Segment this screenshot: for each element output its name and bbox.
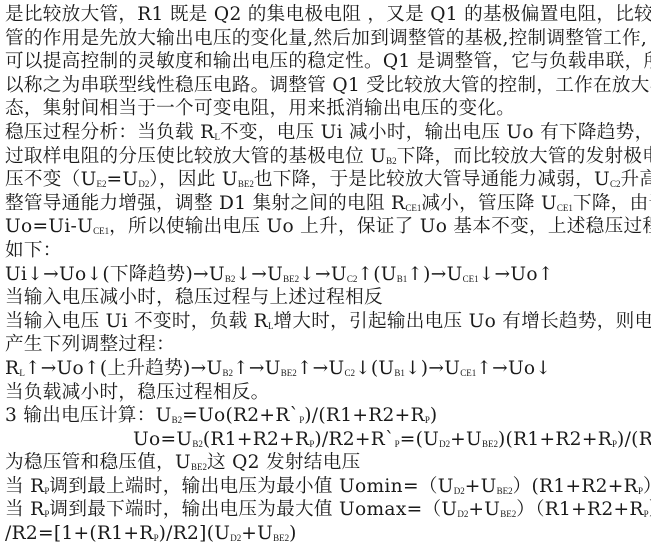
subscript: BE2 [191, 462, 207, 472]
text: ↓→U [299, 264, 347, 285]
text: ) [289, 523, 297, 544]
text: ↓→U [235, 264, 283, 285]
load-change-line-2: 产生下列调整过程： [5, 333, 647, 357]
subscript: C2 [347, 274, 358, 284]
subscript: BE2 [482, 439, 498, 449]
text: 升高，调 [620, 169, 651, 190]
regulation-chain-1: Ui↓→Uo↓(下降趋势)→UB2↓→UBE2↓→UC2↑(UB1↑)→UCE1… [5, 263, 647, 287]
text: ↑→Uo↑(上升趋势)→U [25, 358, 223, 379]
formula-note: 为稳压管和稳压值，UBE2这 Q2 发射结电压 [5, 451, 647, 475]
subscript: E2 [97, 179, 107, 189]
subscript: BE2 [281, 368, 297, 378]
text: ↑(U [357, 264, 396, 285]
text: ↑→U [233, 358, 281, 379]
text: U [156, 405, 172, 426]
text: 当输入电压 Ui 不变时，负载 R [5, 311, 268, 332]
text: ，所以使输出电压 Uo 上升，保证了 Uo 基本不变，上述稳压过程表示 [109, 216, 651, 237]
text: ↓→Uo↑ [479, 264, 554, 285]
formula-uo: Uo=UB2(R1+R2+RP)/R2+R`P=(UD2+UBE2)(R1+R2… [5, 428, 647, 452]
text: ），因此 U [149, 169, 237, 190]
text: 压不变（U [5, 169, 97, 190]
subscript: D2 [138, 179, 149, 189]
subscript: C2 [610, 179, 621, 189]
text: ）（R1+R2+R [516, 499, 643, 520]
text: 这 Q2 发射结电压 [207, 452, 360, 473]
text: ) [430, 405, 438, 426]
subscript: B1 [394, 368, 405, 378]
subscript: B2 [222, 368, 233, 378]
text: R [5, 358, 19, 379]
text: Uo=U [133, 429, 192, 450]
subscript: BE2 [283, 274, 299, 284]
subscript: B2 [172, 415, 183, 425]
text: 当 R [5, 499, 44, 520]
text: +U [468, 499, 500, 520]
text: (R1+R2+R [203, 429, 309, 450]
text: 调到最下端时，输出电压为最大值 Uomax=（U [49, 499, 457, 520]
formula-uomin: 当 RP调到最上端时，输出电压为最小值 Uomin=（UD2+UBE2）(R1+… [5, 475, 647, 499]
subscript: CE1 [463, 274, 479, 284]
text: =Uo(R2+R` [182, 405, 299, 426]
text: ↓(U [355, 358, 394, 379]
text: )/R2](U [159, 523, 231, 544]
intro-line-2: 管的作用是先放大输出电压的变化量,然后加到调整管的基极,控制调整管工作, [5, 27, 647, 51]
subscript: D2 [457, 509, 468, 519]
text: )/R2+R` [314, 429, 394, 450]
document-body: 是比较放大管，R1 既是 Q2 的集电极电阻 ，又是 Q1 的基极偏置电阻，比较… [0, 0, 651, 546]
text: ↑→Uo↓ [476, 358, 551, 379]
regulation-chain-2: RL↑→Uo↑(上升趋势)→UB2↑→UBE2↑→UC2↓(UB1↓)→UCE1… [5, 357, 647, 381]
note-input-decrease: 当输入电压减小时，稳压过程与上述过程相反 [5, 286, 647, 310]
subscript: BE2 [497, 486, 513, 496]
analysis-line-6: 如下： [5, 239, 647, 263]
text: )/(R2+R` [617, 429, 651, 450]
note-load-decrease: 当负载减小时，稳压过程相反。 [5, 381, 647, 405]
text: ）(R1+R2+R [513, 476, 638, 497]
subscript: CE1 [93, 226, 109, 236]
text: Ui↓→Uo↓(下降趋势)→U [5, 264, 225, 285]
text: =(U [400, 429, 439, 450]
text: 稳压过程分析：当负载 R [5, 122, 214, 143]
text: 减小，管压降 U [421, 193, 557, 214]
subscript: CE1 [460, 368, 476, 378]
text: 整管导通能力增强，调整 D1 集射之间的电阻 R [5, 193, 405, 214]
section-label: 3 输出电压计算： [5, 405, 156, 426]
formula-uomax-cont: /R2=[1+(R1+RP)/R2](UD2+UBE2) [5, 522, 647, 546]
text: 不变，电压 Ui 减小时，输出电压 Uo 有下降趋势，通 [220, 122, 651, 143]
text: +U [241, 523, 273, 544]
text: ）/（R2+R [643, 476, 651, 497]
formula-uomax: 当 RP调到最下端时，输出电压为最大值 Uomax=（UD2+UBE2）（R1+… [5, 498, 647, 522]
subscript: D2 [439, 439, 450, 449]
intro-line-4: 以称之为串联型线性稳压电路。调整管 Q1 受比较放大管的控制，工作在放大状 [5, 74, 647, 98]
text: ↑)→U [407, 264, 462, 285]
analysis-line-2: 过取样电阻的分压使比较放大管的基极电位 UB2下降，而比较放大管的发射极电 [5, 145, 647, 169]
intro-line-1: 是比较放大管，R1 既是 Q2 的集电极电阻 ，又是 Q1 的基极偏置电阻，比较… [5, 3, 647, 27]
text: /R2=[1+(R1+R [5, 523, 154, 544]
text: ↓)→U [405, 358, 460, 379]
text: 过取样电阻的分压使比较放大管的基极电位 U [5, 146, 386, 167]
subscript: B1 [397, 274, 408, 284]
text: )/(R1+R2+R [304, 405, 425, 426]
subscript: D2 [230, 533, 241, 543]
subscript: B2 [386, 156, 397, 166]
subscript: C2 [344, 368, 355, 378]
text: 为稳压管和稳压值，U [5, 452, 191, 473]
intro-line-3: 可以提高控制的灵敏度和输出电压的稳定性。Q1 是调整管，它与负载串联，所 [5, 50, 647, 74]
analysis-line-5: Uo=Ui-UCE1，所以使输出电压 Uo 上升，保证了 Uo 基本不变，上述稳… [5, 215, 647, 239]
formula-ub2: 3 输出电压计算：UB2=Uo(R2+R`P)/(R1+R2+RP) [5, 404, 647, 428]
text: 增大时，引起输出电压 Uo 有增长趋势，则电路 [273, 311, 651, 332]
text: 下降，而比较放大管的发射极电 [397, 146, 651, 167]
text: =U [107, 169, 139, 190]
text: 也下降，于是比较放大管导通能力减弱，U [254, 169, 610, 190]
subscript: B2 [192, 439, 203, 449]
analysis-line-3: 压不变（UE2=UD2），因此 UBE2也下降，于是比较放大管导通能力减弱，UC… [5, 168, 647, 192]
analysis-line-1: 稳压过程分析：当负载 RL不变，电压 Ui 减小时，输出电压 Uo 有下降趋势，… [5, 121, 647, 145]
subscript: BE2 [238, 179, 254, 189]
text: +U [450, 429, 482, 450]
subscript: CE1 [557, 203, 573, 213]
text: +U [465, 476, 497, 497]
subscript: B2 [225, 274, 236, 284]
subscript: BE2 [500, 509, 516, 519]
subscript: CE1 [405, 203, 421, 213]
subscript: BE2 [273, 533, 289, 543]
text: Uo=Ui-U [5, 216, 93, 237]
intro-line-5: 态，集射间相当于一个可变电阻，用来抵消输出电压的变化。 [5, 97, 647, 121]
text: 当 R [5, 476, 44, 497]
subscript: D2 [454, 486, 465, 496]
text: 调到最上端时，输出电压为最小值 Uomin=（U [49, 476, 453, 497]
text: )(R1+R2+R [498, 429, 612, 450]
analysis-line-4: 整管导通能力增强，调整 D1 集射之间的电阻 RCE1减小，管压降 UCE1下降… [5, 192, 647, 216]
load-change-line-1: 当输入电压 Ui 不变时，负载 RL增大时，引起输出电压 Uo 有增长趋势，则电… [5, 310, 647, 334]
text: 下降，由于 [573, 193, 651, 214]
text: ↑→U [297, 358, 345, 379]
